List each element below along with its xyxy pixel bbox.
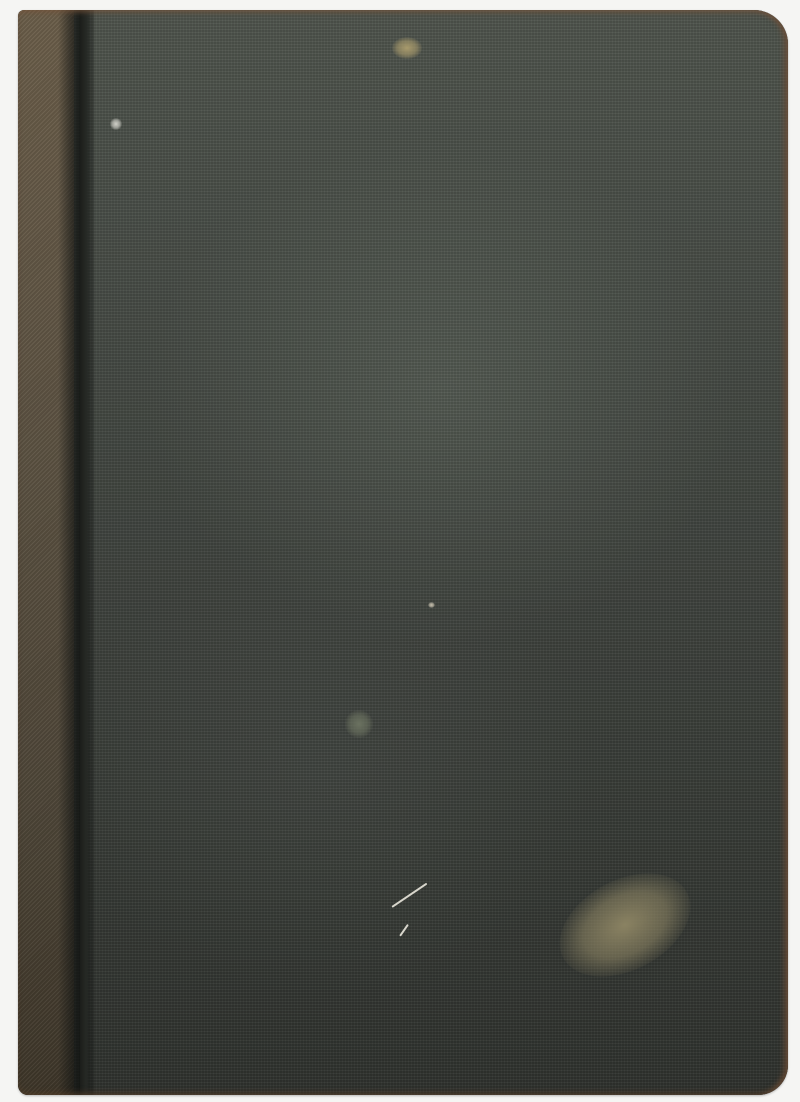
spine-hinge: [80, 10, 90, 1095]
book: [18, 10, 788, 1095]
photo-scene: [0, 0, 800, 1102]
